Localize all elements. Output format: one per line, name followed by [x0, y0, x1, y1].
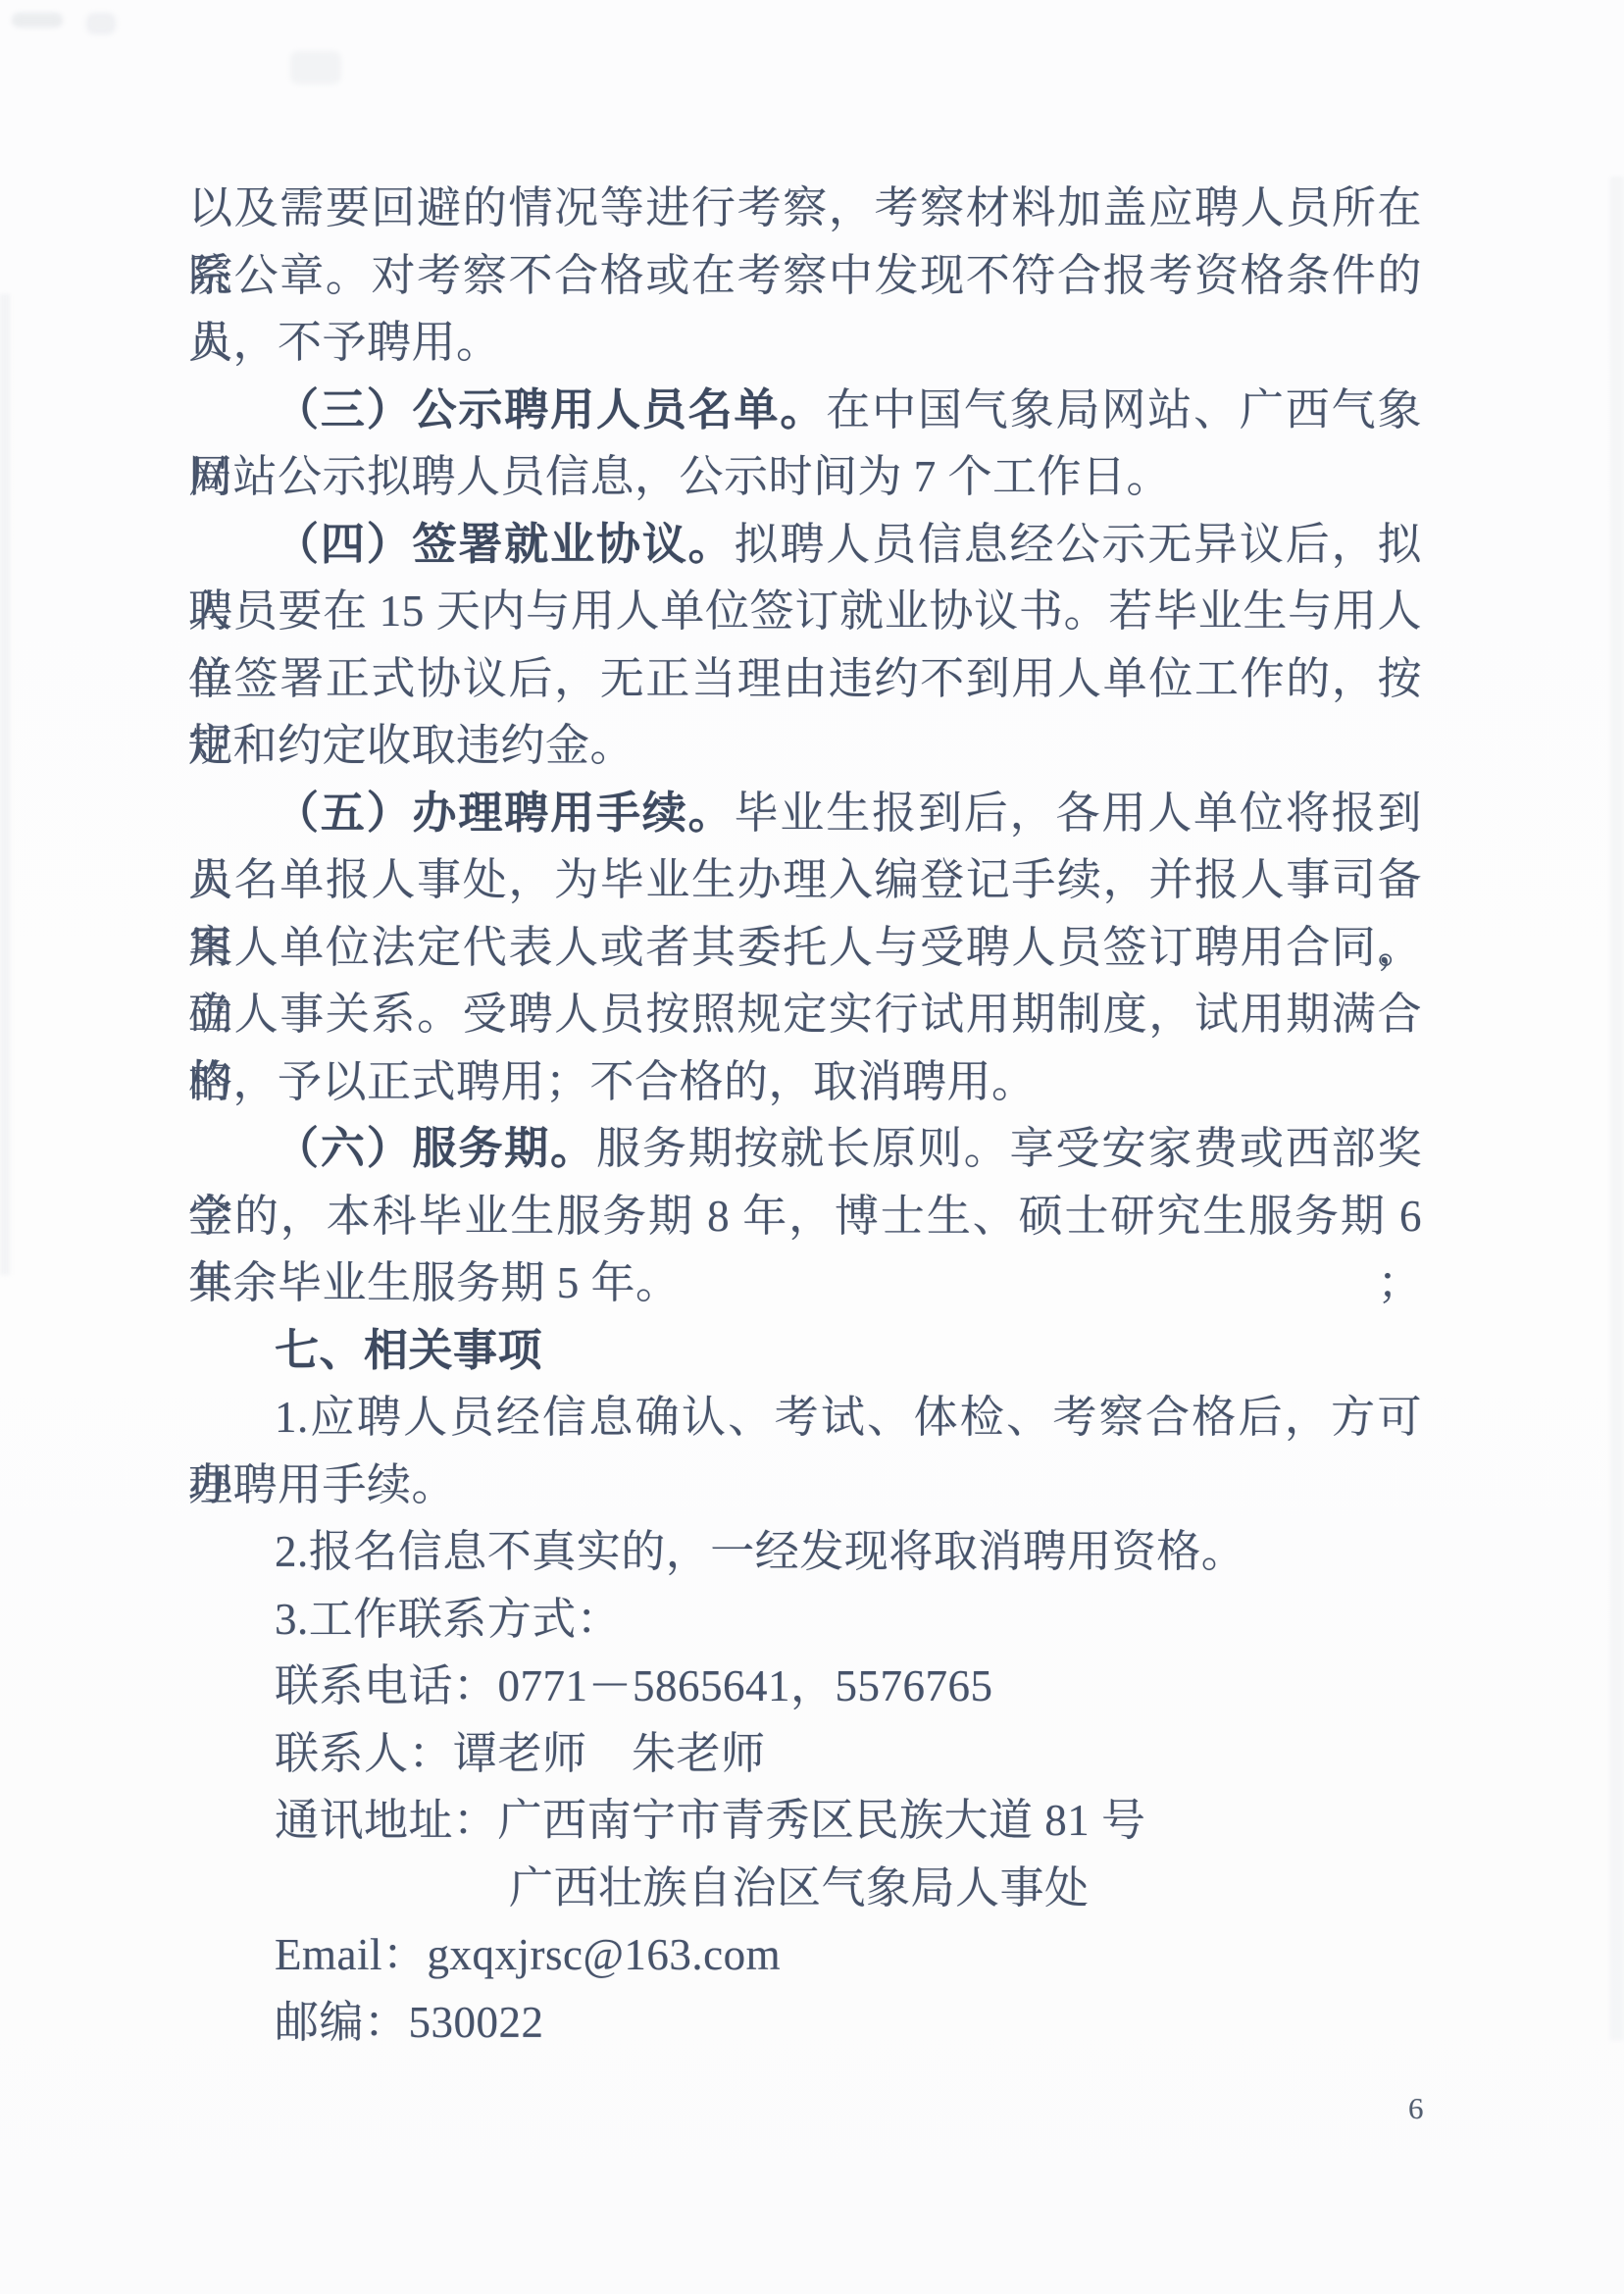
text-line: 用人单位法定代表人或者其委托人与受聘人员签订聘用合同，确: [188, 914, 1422, 982]
document-page: 以及需要回避的情况等进行考察，考察材料加盖应聘人员所在院 系公章。对考察不合格或…: [0, 0, 1624, 2294]
text-line: 的，予以正式聘用；不合格的，取消聘用。: [188, 1048, 1422, 1116]
text-line: 七、相关事项: [188, 1317, 1422, 1385]
contact-address-line2: 广西壮族自治区气象局人事处: [188, 1855, 1422, 1922]
text-line: 理聘用手续。: [188, 1452, 1422, 1519]
text-line-rest: 联系电话：0771－5865641，5576765: [275, 1661, 993, 1710]
contact-person-line: 联系人：谭老师 朱老师: [188, 1720, 1422, 1788]
section-heading: （三）公示聘用人员名单。: [275, 385, 826, 434]
text-line: 2.报名信息不真实的，一经发现将取消聘用资格。: [188, 1518, 1422, 1586]
text-line: （六）服务期。服务期按就长原则。享受安家费或西部奖学: [188, 1115, 1422, 1183]
section-heading: （五）办理聘用手续。: [275, 789, 735, 838]
text-line-rest: 联系人：谭老师 朱老师: [275, 1729, 766, 1778]
text-line-rest: 通讯地址：广西南宁市青秀区民族大道 81 号: [275, 1796, 1146, 1845]
text-line: （五）办理聘用手续。毕业生报到后，各用人单位将报到人: [188, 780, 1422, 847]
text-line-rest: 理聘用手续。: [188, 1460, 456, 1509]
page-number: 6: [1408, 2089, 1424, 2128]
text-line: 网站公示拟聘人员信息，公示时间为 7 个工作日。: [188, 443, 1422, 511]
section-heading: 七、相关事项: [275, 1326, 542, 1375]
section-heading: （六）服务期。: [275, 1124, 596, 1173]
text-line: 1.应聘人员经信息确认、考试、体检、考察合格后，方可办: [188, 1384, 1422, 1452]
text-line-rest: 3.工作联系方式：: [275, 1595, 621, 1644]
text-line-rest: 员，不予聘用。: [188, 318, 501, 367]
scan-edge-shadow: [1610, 177, 1624, 2040]
text-line: 金的，本科毕业生服务期 8 年，博士生、硕士研究生服务期 6 年；: [188, 1183, 1422, 1250]
text-line: 员名单报人事处，为毕业生办理入编登记手续，并报人事司备案。: [188, 846, 1422, 914]
text-line-rest: 网站公示拟聘人员信息，公示时间为 7 个工作日。: [188, 452, 1171, 501]
text-line: 人员要在 15 天内与用人单位签订就业协议书。若毕业生与用人单: [188, 578, 1422, 645]
text-line: 位签署正式协议后，无正当理由违约不到用人单位工作的，按规: [188, 645, 1422, 713]
text-line-rest: 广西壮族自治区气象局人事处: [509, 1863, 1090, 1912]
contact-address-line: 通讯地址：广西南宁市青秀区民族大道 81 号: [188, 1787, 1422, 1855]
text-line: 定和约定收取违约金。: [188, 712, 1422, 780]
text-line: （三）公示聘用人员名单。在中国气象局网站、广西气象局: [188, 377, 1422, 444]
section-heading: （四）签署就业协议。: [275, 520, 735, 569]
text-line-rest: 定和约定收取违约金。: [188, 721, 634, 770]
contact-email-line: Email：gxqxjrsc@163.com: [188, 1921, 1422, 1989]
text-line: 系公章。对考察不合格或在考察中发现不符合报考资格条件的人: [188, 242, 1422, 310]
text-line-rest: 2.报名信息不真实的，一经发现将取消聘用资格。: [275, 1527, 1245, 1576]
text-line: 员，不予聘用。: [188, 309, 1422, 377]
text-line: （四）签署就业协议。拟聘人员信息经公示无异议后，拟聘: [188, 511, 1422, 579]
contact-zipcode-line: 邮编：530022: [188, 1989, 1422, 2057]
text-line-rest: Email：gxqxjrsc@163.com: [275, 1930, 781, 1979]
text-line-rest: 其余毕业生服务期 5 年。: [188, 1258, 681, 1307]
scan-smudge: [290, 51, 341, 84]
text-line: 3.工作联系方式：: [188, 1586, 1422, 1654]
contact-phone-line: 联系电话：0771－5865641，5576765: [188, 1653, 1422, 1720]
scan-smudge: [86, 13, 116, 34]
text-line: 以及需要回避的情况等进行考察，考察材料加盖应聘人员所在院: [188, 175, 1422, 242]
text-line-rest: 邮编：530022: [275, 1998, 544, 2047]
scan-smudge: [12, 13, 63, 27]
text-line-rest: 的，予以正式聘用；不合格的，取消聘用。: [188, 1057, 1037, 1106]
scan-edge-shadow: [0, 294, 10, 1275]
text-line: 立人事关系。受聘人员按照规定实行试用期制度，试用期满合格: [188, 981, 1422, 1048]
document-body: 以及需要回避的情况等进行考察，考察材料加盖应聘人员所在院 系公章。对考察不合格或…: [188, 175, 1422, 2056]
